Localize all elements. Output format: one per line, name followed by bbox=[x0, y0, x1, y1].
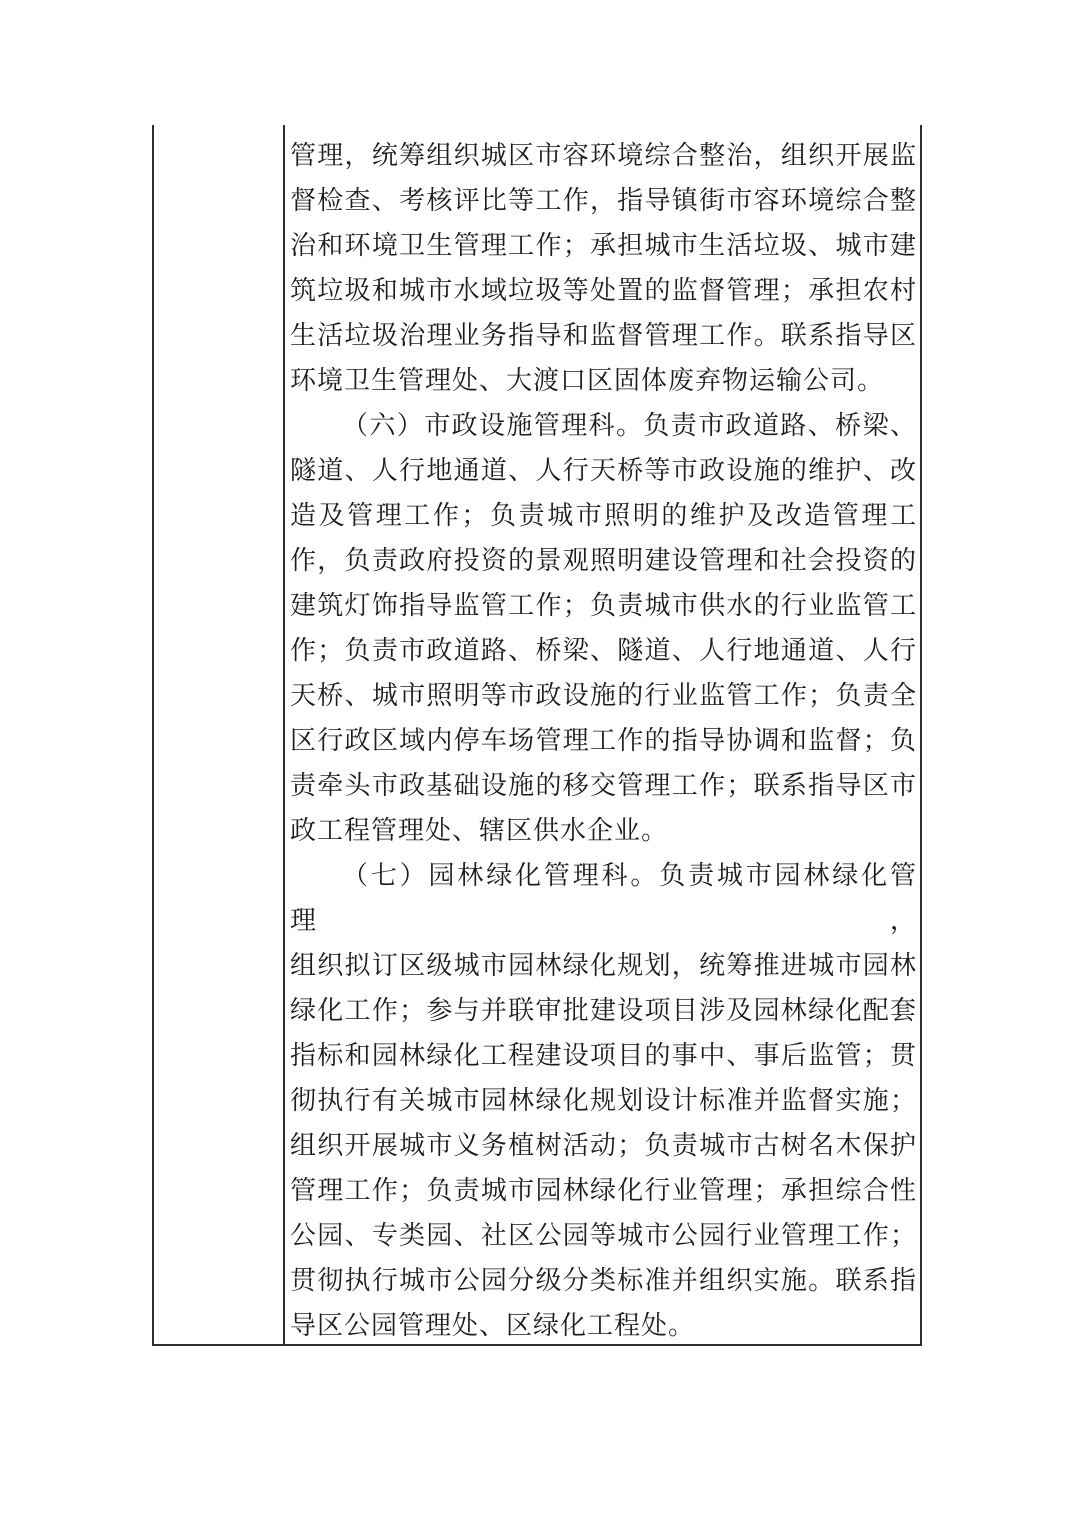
body-text-line: 责牵头市政基础设施的移交管理工作；联系指导区市 bbox=[290, 763, 917, 808]
body-text-line: 贯彻执行城市公园分级分类标准并组织实施。联系指 bbox=[290, 1258, 917, 1303]
body-text-line: 导区公园管理处、区绿化工程处。 bbox=[290, 1303, 917, 1344]
body-text-line: 造及管理工作；负责城市照明的维护及改造管理工 bbox=[290, 493, 917, 538]
body-text-line: 生活垃圾治理业务指导和监督管理工作。联系指导区 bbox=[290, 313, 917, 358]
body-text-line: 建筑灯饰指导监管工作；负责城市供水的行业监管工 bbox=[290, 583, 917, 628]
content-cell: 管理，统筹组织城区市容环境综合整治，组织开展监督检查、考核评比等工作，指导镇街市… bbox=[285, 125, 920, 1344]
body-text-line: 指标和园林绿化工程建设项目的事中、事后监管；贯 bbox=[290, 1033, 917, 1078]
body-text-line: 公园、专类园、社区公园等城市公园行业管理工作； bbox=[290, 1213, 917, 1258]
body-text-line: 作，负责政府投资的景观照明建设管理和社会投资的 bbox=[290, 538, 917, 583]
body-text-line: 绿化工作；参与并联审批建设项目涉及园林绿化配套 bbox=[290, 988, 917, 1033]
document-page: 管理，统筹组织城区市容环境综合整治，组织开展监督检查、考核评比等工作，指导镇街市… bbox=[0, 0, 1074, 1520]
body-text-line: 管理，统筹组织城区市容环境综合整治，组织开展监 bbox=[290, 133, 917, 178]
body-text-line: 治和环境卫生管理工作；承担城市生活垃圾、城市建 bbox=[290, 223, 917, 268]
body-text-line: 管理工作；负责城市园林绿化行业管理；承担综合性 bbox=[290, 1168, 917, 1213]
document-table: 管理，统筹组织城区市容环境综合整治，组织开展监督检查、考核评比等工作，指导镇街市… bbox=[152, 125, 922, 1346]
body-text-line: 隧道、人行地通道、人行天桥等市政设施的维护、改 bbox=[290, 448, 917, 493]
body-text-line: 组织开展城市义务植树活动；负责城市古树名木保护 bbox=[290, 1123, 917, 1168]
table-cell-label-column bbox=[154, 125, 285, 1344]
body-text-line: 筑垃圾和城市水域垃圾等处置的监督管理；承担农村 bbox=[290, 268, 917, 313]
body-text-line: 彻执行有关城市园林绿化规划设计标准并监督实施； bbox=[290, 1078, 917, 1123]
body-text-line: 作；负责市政道路、桥梁、隧道、人行地通道、人行 bbox=[290, 628, 917, 673]
body-text-line: 督检查、考核评比等工作，指导镇街市容环境综合整 bbox=[290, 178, 917, 223]
body-text-line: （七）园林绿化管理科。负责城市园林绿化管理， bbox=[290, 853, 917, 943]
body-text-line: 组织拟订区级城市园林绿化规划，统筹推进城市园林 bbox=[290, 943, 917, 988]
body-text-line: 区行政区域内停车场管理工作的指导协调和监督；负 bbox=[290, 718, 917, 763]
body-text-line: 天桥、城市照明等市政设施的行业监管工作；负责全 bbox=[290, 673, 917, 718]
body-text-line: （六）市政设施管理科。负责市政道路、桥梁、 bbox=[290, 403, 917, 448]
body-text-line: 政工程管理处、辖区供水企业。 bbox=[290, 808, 917, 853]
body-text-line: 环境卫生管理处、大渡口区固体废弃物运输公司。 bbox=[290, 358, 917, 403]
